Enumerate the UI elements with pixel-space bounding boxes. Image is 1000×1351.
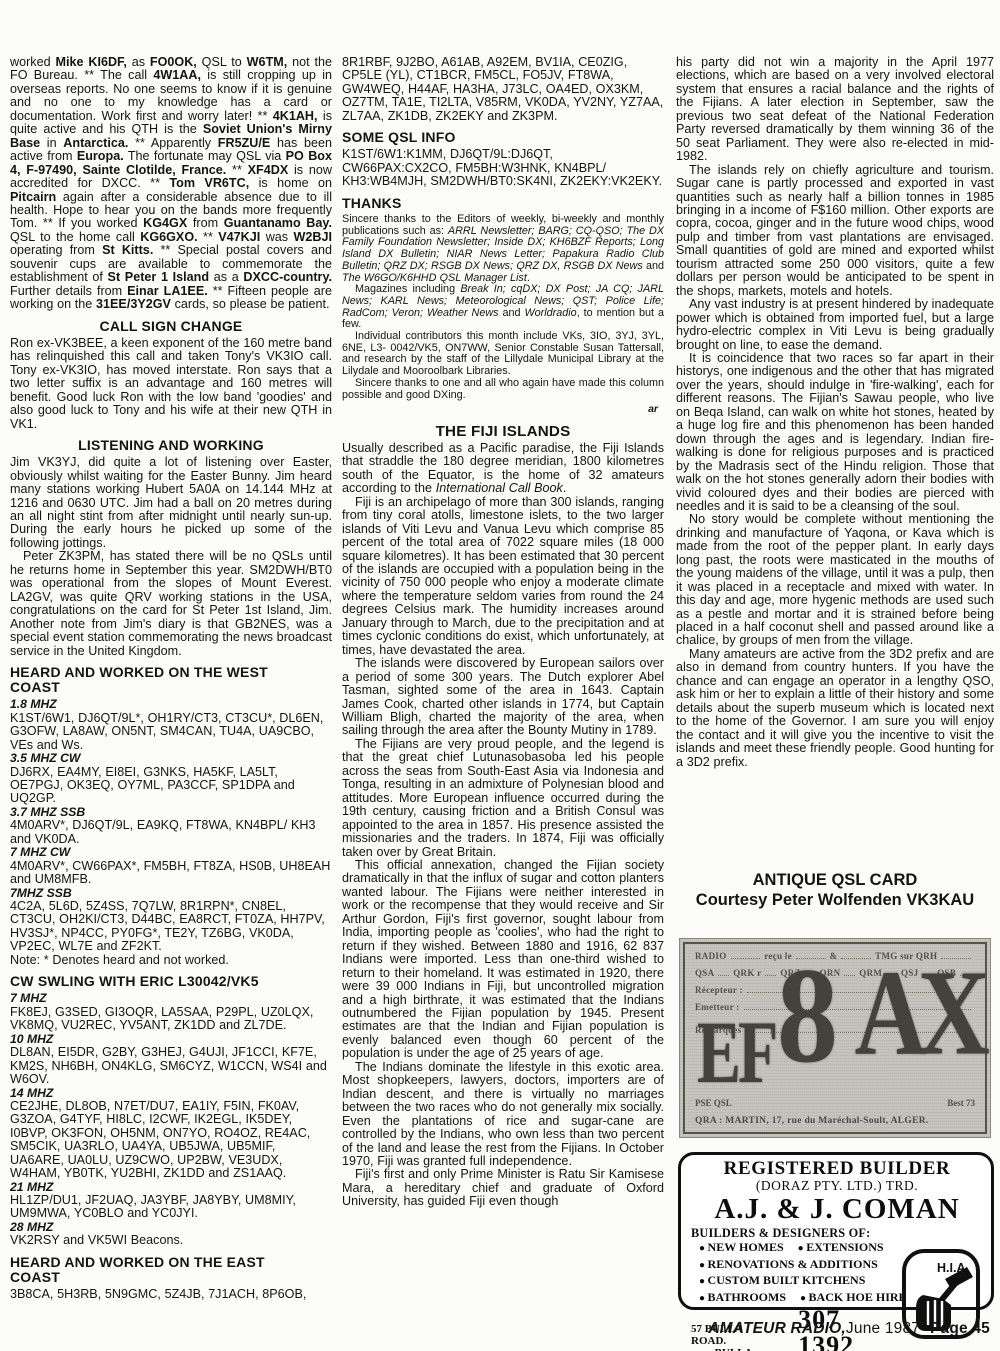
qsl-form-label: Remarques : xyxy=(695,1025,747,1035)
qsl-card-inner-frame: RADIOreçu le&TMG sur QRHQSAQRK rQRZQRNQR… xyxy=(683,942,987,1134)
band-heading: 1.8 MHZ xyxy=(10,698,332,711)
footer-issue: June 1987- xyxy=(846,1320,926,1337)
paragraph: Ron ex-VK3BEE, a keen exponent of the 16… xyxy=(10,337,332,431)
qsl-form-label: & xyxy=(830,951,838,961)
qsl-pse-label: PSE QSL xyxy=(695,1098,732,1108)
paragraph: Jim VK3YJ, did quite a lot of listening … xyxy=(10,456,332,550)
qsl-card-form-row: Remarques : xyxy=(695,1025,975,1035)
paragraph: Sincere thanks to the Editors of weekly,… xyxy=(342,214,664,284)
text-column-left: worked Mike KI6DF, as FO0OK, QSL to W6TM… xyxy=(10,56,332,1302)
qsl-qra-line: QRA : MARTIN, 17, rue du Maréchal-Soult,… xyxy=(695,1116,975,1126)
ad-company-name: A.J. & J. COMAN xyxy=(691,1194,983,1224)
qsl-form-label: QRZ xyxy=(780,968,800,978)
paragraph: It is coincidence that two races so far … xyxy=(676,352,994,513)
section-heading: HEARD AND WORKED ON THE WEST COAST xyxy=(10,665,332,695)
qsl-card-form-row: Emetteur : xyxy=(695,1002,975,1012)
paragraph: Many amateurs are active from the 3D2 pr… xyxy=(676,648,994,769)
dotted-leader xyxy=(765,975,776,976)
ad-address-line2: BULLA xyxy=(691,1347,776,1351)
paragraph: HL1ZP/DU1, JF2UAQ, JA3YBF, JA8YBY, UM8MI… xyxy=(10,1194,332,1221)
dotted-leader xyxy=(841,958,871,959)
qsl-form-label: QRK r xyxy=(733,968,761,978)
page-footer: AMATEUR RADIO,June 1987- Page 45 xyxy=(708,1320,990,1338)
band-heading: 14 MHZ xyxy=(10,1087,332,1100)
antique-qsl-card-heading: ANTIQUE QSL CARD Courtesy Peter Wolfende… xyxy=(676,870,994,910)
paragraph: 4M0ARV*, DJ6QT/9L, EA9KQ, FT8WA, KN4BPL/… xyxy=(10,819,332,846)
qsl-card-form-row: RADIOreçu le&TMG sur QRH xyxy=(695,951,975,961)
paragraph: K1ST/6W1, DJ6QT/9L*, OH1RY/CT3, CT3CU*, … xyxy=(10,712,332,752)
band-heading: 3.7 MHZ SSB xyxy=(10,806,332,819)
dotted-leader xyxy=(844,975,855,976)
paragraph: The Indians dominate the lifestyle in th… xyxy=(342,1061,664,1169)
paragraph: CE2JHE, DL8OB, N7ET/DU7, EA1IY, F5IN, FK… xyxy=(10,1100,332,1181)
ad-services-heading: BUILDERS & DESIGNERS OF: xyxy=(691,1226,899,1240)
qsl-form-label: Emetteur : xyxy=(695,1002,740,1012)
footer-magazine-title: AMATEUR RADIO, xyxy=(708,1320,846,1337)
band-heading: 28 MHZ xyxy=(10,1221,332,1234)
qsl-card-form-row: Récepteur : xyxy=(695,985,975,995)
qsl-card-form-rows: RADIOreçu le&TMG sur QRHQSAQRK rQRZQRNQR… xyxy=(695,951,975,1035)
dotted-leader xyxy=(731,958,761,959)
ad-bullet-row: RENOVATIONS & ADDITIONS xyxy=(691,1257,899,1274)
qsl-form-label: QRM xyxy=(859,968,882,978)
dotted-leader xyxy=(805,975,816,976)
paragraph: DL8AN, EI5DR, G2BY, G3HEJ, G4UJI, JF1CCI… xyxy=(10,1046,332,1086)
paragraph: Sincere thanks to one and all who again … xyxy=(342,378,664,401)
band-heading: 7 MHZ CW xyxy=(10,846,332,859)
qsl-form-label: reçu le xyxy=(764,951,792,961)
dotted-leader xyxy=(941,958,971,959)
ad-bullet-item: BACK HOE HIRE xyxy=(800,1290,907,1304)
qsl-form-label: QSJ xyxy=(901,968,918,978)
ad-subtitle-company: (DORAZ PTY. LTD.) TRD. xyxy=(691,1179,983,1193)
paragraph: Magazines including Break In; cqDX; DX P… xyxy=(342,284,664,331)
qsl-form-label: Récepteur : xyxy=(695,985,743,995)
paragraph: Fiji's first and only Prime Minister is … xyxy=(342,1168,664,1208)
dotted-leader xyxy=(751,1032,971,1033)
ad-bullet-item: CUSTOM BUILT KITCHENS xyxy=(699,1273,865,1287)
paragraph: Any vast industry is at present hindered… xyxy=(676,298,994,352)
paragraph: Usually described as a Pacific paradise,… xyxy=(342,442,664,496)
ad-bullet-item: RENOVATIONS & ADDITIONS xyxy=(699,1257,878,1271)
ad-bullet-row: NEW HOMESEXTENSIONS xyxy=(691,1240,899,1257)
dotted-leader xyxy=(960,975,971,976)
section-heading: THANKS xyxy=(342,196,664,211)
ad-title: REGISTERED BUILDER xyxy=(691,1159,983,1179)
section-heading: CALL SIGN CHANGE xyxy=(10,319,332,334)
paragraph: This official annexation, changed the Fi… xyxy=(342,859,664,1061)
paragraph: The Fijians are very proud people, and t… xyxy=(342,738,664,859)
paragraph: 4C2A, 5L6D, 5Z4SS, 7Q7LW, 8R1RPN*, CN8EL… xyxy=(10,900,332,954)
dotted-leader xyxy=(744,1009,971,1010)
builder-advertisement: REGISTERED BUILDER (DORAZ PTY. LTD.) TRD… xyxy=(678,1152,994,1310)
paragraph: Individual contributors this month inclu… xyxy=(342,331,664,378)
footer-page-number: Page 45 xyxy=(930,1320,990,1337)
paragraph: worked Mike KI6DF, as FO0OK, QSL to W6TM… xyxy=(10,56,332,312)
ad-bullet-item: EXTENSIONS xyxy=(798,1240,884,1254)
section-heading: LISTENING AND WORKING xyxy=(10,438,332,453)
paragraph: FK8EJ, G3SED, GI3OQR, LA5SAA, P29PL, UZ0… xyxy=(10,1006,332,1033)
section-heading: HEARD AND WORKED ON THE EAST COAST xyxy=(10,1255,332,1285)
qsl-form-label: QSA xyxy=(695,968,714,978)
ad-bullet-item: BATHROOMS xyxy=(699,1290,786,1304)
paragraph: 8R1RBF, 9J2BO, A61AB, A92EM, BV1IA, CE0Z… xyxy=(342,56,664,123)
antique-heading-line2: Courtesy Peter Wolfenden VK3KAU xyxy=(676,890,994,910)
paragraph: Note: * Denotes heard and not worked. xyxy=(10,954,332,967)
antique-qsl-card-image: RADIOreçu le&TMG sur QRHQSAQRK rQRZQRNQR… xyxy=(679,938,991,1138)
dotted-leader xyxy=(796,958,826,959)
paragraph: 3B8CA, 5H3RB, 5N9GMC, 5Z4JB, 7J1ACH, 8P6… xyxy=(10,1288,332,1301)
qsl-best-label: Best 73 xyxy=(947,1098,975,1108)
dotted-leader xyxy=(886,975,897,976)
qsl-form-label: TMG sur QRH xyxy=(875,951,937,961)
paragraph: The islands were discovered by European … xyxy=(342,657,664,738)
section-heading: SOME QSL INFO xyxy=(342,130,664,145)
paragraph: The islands rely on chiefly agriculture … xyxy=(676,164,994,299)
text-column-right: his party did not win a majority in the … xyxy=(676,56,994,769)
band-heading: 3.5 MHZ CW xyxy=(10,752,332,765)
band-heading: 21 MHZ xyxy=(10,1181,332,1194)
qsl-form-label: RADIO xyxy=(695,951,727,961)
qsl-form-label: QRN xyxy=(820,968,841,978)
ad-bullet-list: NEW HOMESEXTENSIONSRENOVATIONS & ADDITIO… xyxy=(691,1240,899,1306)
band-heading: 10 MHZ xyxy=(10,1033,332,1046)
paragraph: No story would be complete without menti… xyxy=(676,513,994,648)
paragraph: his party did not win a majority in the … xyxy=(676,56,994,164)
ad-bullet-item: NEW HOMES xyxy=(699,1240,784,1254)
antique-heading-line1: ANTIQUE QSL CARD xyxy=(676,870,994,890)
paragraph: Peter ZK3PM, has stated there will be no… xyxy=(10,550,332,658)
qsl-card-form-row: QSAQRK rQRZQRNQRMQSJQSB xyxy=(695,968,975,978)
paragraph: VK2RSY and VK5WI Beacons. xyxy=(10,1234,332,1247)
paragraph: Fiji is an archipelago of more than 300 … xyxy=(342,496,664,657)
paragraph: 4M0ARV*, CW66PAX*, FM5BH, FT8ZA, HS0B, U… xyxy=(10,860,332,887)
dotted-leader xyxy=(922,975,933,976)
dotted-leader xyxy=(747,992,971,993)
dotted-leader xyxy=(718,975,729,976)
magazine-page: { "columns": [ { "blocks": [ {"t":"p","x… xyxy=(0,0,1000,1351)
band-heading: 7 MHZ xyxy=(10,992,332,1005)
ad-bullet-row: CUSTOM BUILT KITCHENS xyxy=(691,1273,899,1290)
section-heading: THE FIJI ISLANDS xyxy=(342,424,664,439)
column-end-mark: ar xyxy=(342,403,664,416)
band-heading: 7MHZ SSB xyxy=(10,887,332,900)
section-heading: CW SWLING WITH ERIC L30042/VK5 xyxy=(10,974,332,989)
qsl-form-label: QSB xyxy=(937,968,956,978)
ad-bullet-row: BATHROOMSBACK HOE HIRE xyxy=(691,1290,899,1307)
paragraph: DJ6RX, EA4MY, EI8EI, G3NKS, HA5KF, LA5LT… xyxy=(10,766,332,806)
text-column-middle: 8R1RBF, 9J2BO, A61AB, A92EM, BV1IA, CE0Z… xyxy=(342,56,664,1209)
paragraph: K1ST/6W1:K1MM, DJ6QT/9L:DJ6QT, CW66PAX:C… xyxy=(342,148,664,188)
